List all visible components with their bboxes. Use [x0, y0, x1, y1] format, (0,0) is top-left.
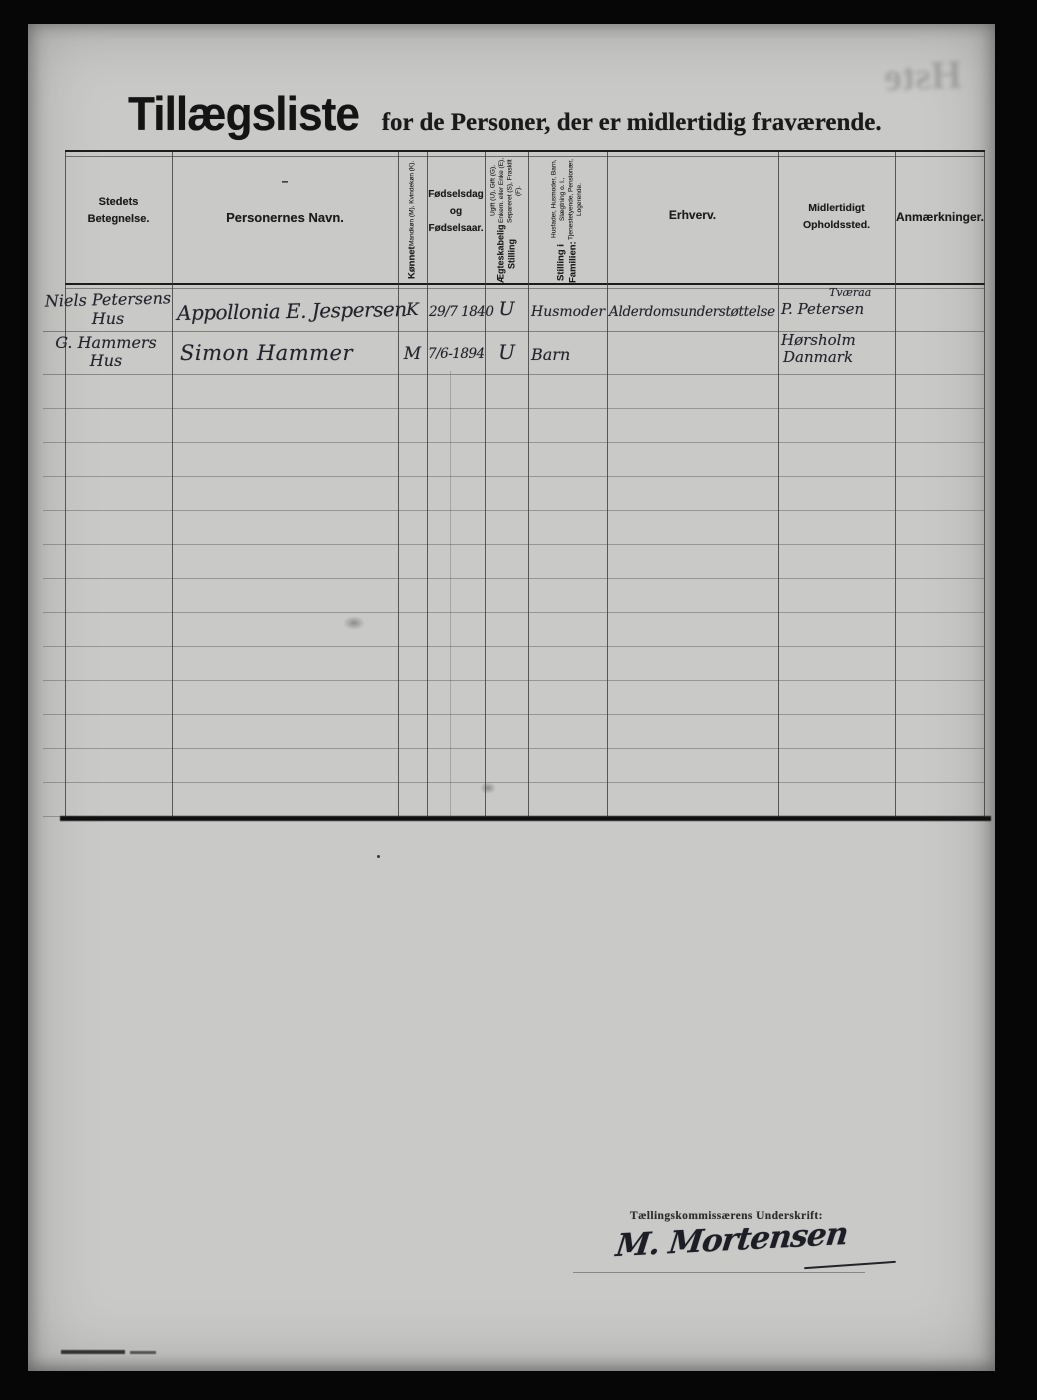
table-column-border [427, 152, 428, 816]
signature-baseline [573, 1272, 865, 1273]
empty-table-row [43, 681, 985, 715]
row2-aegteskab: U [485, 340, 528, 364]
row2-navn: Simon Hammer [180, 341, 353, 365]
table-column-border [65, 152, 66, 816]
table-column-border [895, 152, 896, 816]
header-stedets: Stedets Betegnelse. [65, 194, 172, 228]
title-subtitle-bold: midlertidig fraværende. [627, 109, 882, 136]
header-navn: – Personernes Navn. [172, 174, 398, 225]
header-stedets-line2: Betegnelse. [65, 211, 172, 228]
signature-flourish [804, 1261, 896, 1269]
empty-table-row [43, 579, 985, 613]
row2-familie: Barn [531, 345, 570, 364]
table-column-border [607, 152, 608, 816]
table-bottom-border [60, 816, 991, 821]
ink-dot [377, 855, 380, 858]
header-bottom-rule [65, 283, 985, 285]
commissioner-signature: M. Mortensen [614, 1216, 850, 1264]
header-kon-sub: Mandkøn (M), Kvindekøn (K). [408, 161, 416, 246]
empty-table-row [43, 443, 985, 477]
row1-erhverv: Alderdomsunderstøttelse [609, 304, 775, 320]
table-column-border [172, 152, 173, 816]
printer-mark [130, 1351, 156, 1354]
printer-mark [61, 1350, 125, 1354]
title-subtitle-regular: for de Personer, der er [382, 109, 621, 136]
empty-table-row [43, 477, 985, 511]
empty-table-row [43, 715, 985, 749]
header-kon-main: Kønnet [407, 246, 419, 279]
empty-table-row [43, 375, 985, 409]
empty-table-row [43, 783, 985, 817]
header-fodsel: Fødselsdag og Fødselsaar. [427, 186, 485, 237]
empty-rows [43, 374, 985, 817]
header-aegteskab: Ægteskabelig Stilling Ugift (U), Gift (G… [485, 157, 528, 283]
empty-table-row [43, 647, 985, 681]
header-stedets-line1: Stedets [65, 194, 172, 211]
row2-ophold-line2: Danmark [783, 348, 853, 366]
empty-table-row [43, 545, 985, 579]
header-familie: Stilling i Familien: Husfader, Husmoder,… [528, 157, 607, 283]
row1-sted-line1: Niels Petersens [41, 288, 175, 311]
empty-table-row [43, 749, 985, 783]
empty-table-row [43, 613, 985, 647]
census-table: Stedets Betegnelse. – Personernes Navn. … [65, 150, 985, 821]
table-column-border [984, 152, 985, 816]
header-navn-dash: – [172, 174, 398, 188]
header-fodsel-line1: Fødselsdag [427, 186, 485, 203]
title-main: Tillægsliste [128, 86, 359, 141]
row1-kon: K [398, 300, 427, 320]
header-fodsel-line2: og [427, 203, 485, 220]
row2-fodt: 7/6-1894 [428, 346, 485, 362]
row2-sted-line2: Hus [39, 351, 173, 370]
row1-familie: Husmoder [531, 304, 605, 320]
row1-fodt: 29/7 1840 [429, 304, 493, 320]
header-ophold: Midlertidigt Opholdssted. [778, 200, 895, 234]
row1-navn: Appollonia E. Jespersen [177, 297, 407, 325]
row1-sted-line2: Hus [41, 309, 175, 328]
empty-table-row [43, 511, 985, 545]
row1-ophold-small: Tværaa [829, 286, 871, 299]
row1-aegteskab: U [485, 298, 528, 320]
header-aegteskab-sub: Ugift (U), Gift (G), Enkem. eller Enke (… [490, 157, 524, 224]
header-aegteskab-main: Ægteskabelig Stilling [495, 224, 518, 283]
scanned-census-page: Hste Tillægslistefor de Personer, der er… [0, 0, 1037, 1400]
header-kon: Kønnet Mandkøn (M), Kvindekøn (K). [398, 157, 427, 283]
header-ophold-line2: Opholdssted. [778, 217, 895, 234]
row2-kon: M [398, 344, 427, 364]
table-column-border [778, 152, 779, 816]
header-anmaerkninger: Anmærkninger. [895, 210, 985, 224]
header-familie-main: Stilling i Familien: [556, 241, 580, 283]
page-title: Tillægslistefor de Personer, der er midl… [128, 86, 968, 141]
row1-ophold: P. Petersen [781, 300, 864, 318]
header-ophold-line1: Midlertidigt [778, 200, 895, 217]
header-navn-label: Personernes Navn. [172, 210, 398, 225]
header-erhverv: Erhverv. [607, 208, 778, 222]
paper-sheet: Hste Tillægslistefor de Personer, der er… [28, 24, 995, 1371]
row2-sted-line1: G. Hammers [39, 333, 173, 352]
row2-ophold-line1: Hørsholm [781, 331, 856, 349]
empty-table-row [43, 409, 985, 443]
header-familie-sub: Husfader, Husmoder, Barn, Slægtning o. l… [551, 157, 585, 241]
header-fodsel-line3: Fødselsaar. [427, 220, 485, 237]
